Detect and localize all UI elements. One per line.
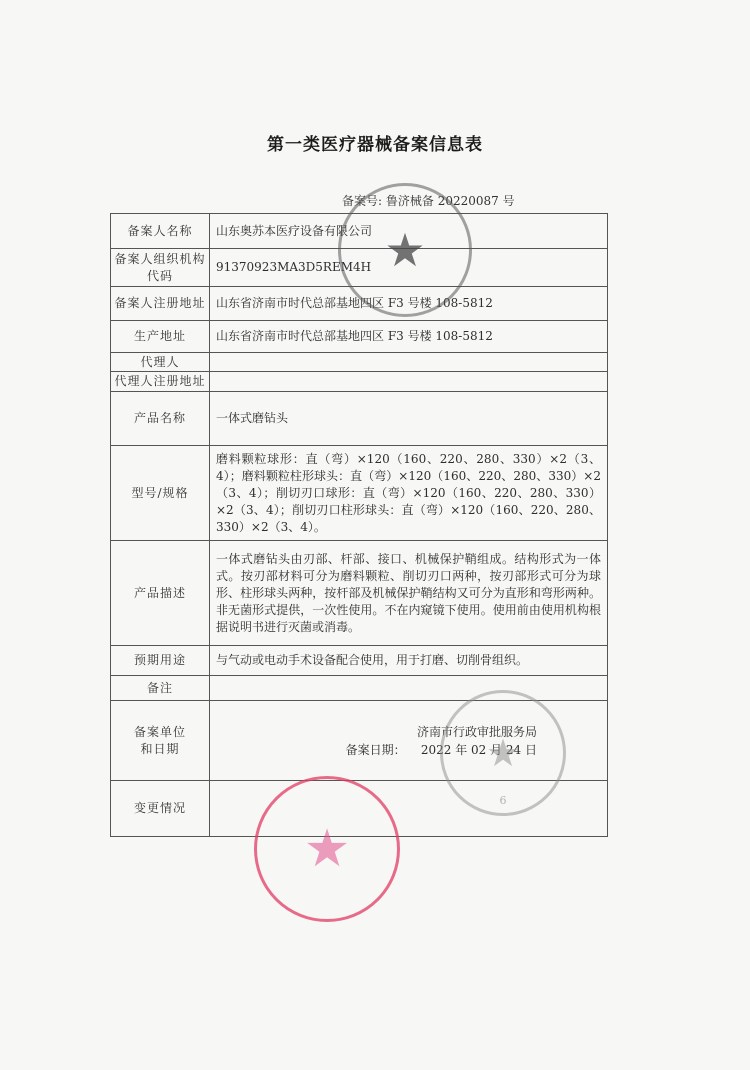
filing-unit-name: 济南市行政审批服务局 (216, 723, 537, 741)
table-row: 代理人 (111, 353, 608, 372)
table-row: 产品描述 一体式磨钻头由刃部、杆部、接口、机械保护鞘组成。结构形式为一体式。按刃… (111, 541, 608, 646)
field-value: 磨料颗粒球形：直（弯）×120（160、220、280、330）×2（3、4）；… (210, 446, 608, 541)
table-row: 产品名称 一体式磨钻头 (111, 392, 608, 446)
table-row: 备案人组织机构代码 91370923MA3D5REM4H (111, 249, 608, 287)
document-title: 第一类医疗器械备案信息表 (0, 130, 750, 155)
field-label: 变更情况 (111, 781, 210, 837)
field-label: 产品名称 (111, 392, 210, 446)
field-label-line: 和日期 (113, 741, 207, 758)
field-label: 备案人注册地址 (111, 287, 210, 321)
field-label: 型号/规格 (111, 446, 210, 541)
field-value (210, 353, 608, 372)
field-value: 91370923MA3D5REM4H (210, 249, 608, 287)
field-value: 与气动或电动手术设备配合使用，用于打磨、切削骨组织。 (210, 646, 608, 676)
field-value (210, 676, 608, 701)
field-label: 备案人组织机构代码 (111, 249, 210, 287)
field-label: 产品描述 (111, 541, 210, 646)
record-number-label: 备案号: (342, 194, 382, 208)
record-number-value: 鲁济械备 20220087 号 (386, 194, 515, 208)
field-label: 备注 (111, 676, 210, 701)
field-label: 预期用途 (111, 646, 210, 676)
field-label: 备案人名称 (111, 214, 210, 249)
table-row: 备注 (111, 676, 608, 701)
filing-unit-and-date: 济南市行政审批服务局 备案日期： 2022 年 02 月 24 日 (210, 701, 608, 781)
field-label: 生产地址 (111, 321, 210, 353)
filing-date-label: 备案日期： (346, 743, 406, 757)
table-row: 变更情况 (111, 781, 608, 837)
field-label-line: 备案单位 (113, 724, 207, 741)
filing-info-table: 备案人名称 山东奥苏本医疗设备有限公司 备案人组织机构代码 91370923MA… (110, 213, 608, 837)
filing-date-value: 2022 年 02 月 24 日 (421, 743, 537, 757)
field-value: 山东省济南市时代总部基地四区 F3 号楼 108-5812 (210, 321, 608, 353)
field-value: 一体式磨钻头 (210, 392, 608, 446)
table-row: 生产地址 山东省济南市时代总部基地四区 F3 号楼 108-5812 (111, 321, 608, 353)
field-value (210, 372, 608, 392)
field-label: 代理人注册地址 (111, 372, 210, 392)
field-value: 一体式磨钻头由刃部、杆部、接口、机械保护鞘组成。结构形式为一体式。按刃部材料可分… (210, 541, 608, 646)
field-value: 山东奥苏本医疗设备有限公司 (210, 214, 608, 249)
field-label: 备案单位 和日期 (111, 701, 210, 781)
field-value: 山东省济南市时代总部基地四区 F3 号楼 108-5812 (210, 287, 608, 321)
filing-date: 备案日期： 2022 年 02 月 24 日 (216, 741, 537, 759)
table-row: 型号/规格 磨料颗粒球形：直（弯）×120（160、220、280、330）×2… (111, 446, 608, 541)
table-row: 备案人名称 山东奥苏本医疗设备有限公司 (111, 214, 608, 249)
record-number: 备案号: 鲁济械备 20220087 号 (342, 192, 515, 209)
field-value (210, 781, 608, 837)
table-row: 备案人注册地址 山东省济南市时代总部基地四区 F3 号楼 108-5812 (111, 287, 608, 321)
table-row: 预期用途 与气动或电动手术设备配合使用，用于打磨、切削骨组织。 (111, 646, 608, 676)
field-label: 代理人 (111, 353, 210, 372)
table-row: 备案单位 和日期 济南市行政审批服务局 备案日期： 2022 年 02 月 24… (111, 701, 608, 781)
table-row: 代理人注册地址 (111, 372, 608, 392)
